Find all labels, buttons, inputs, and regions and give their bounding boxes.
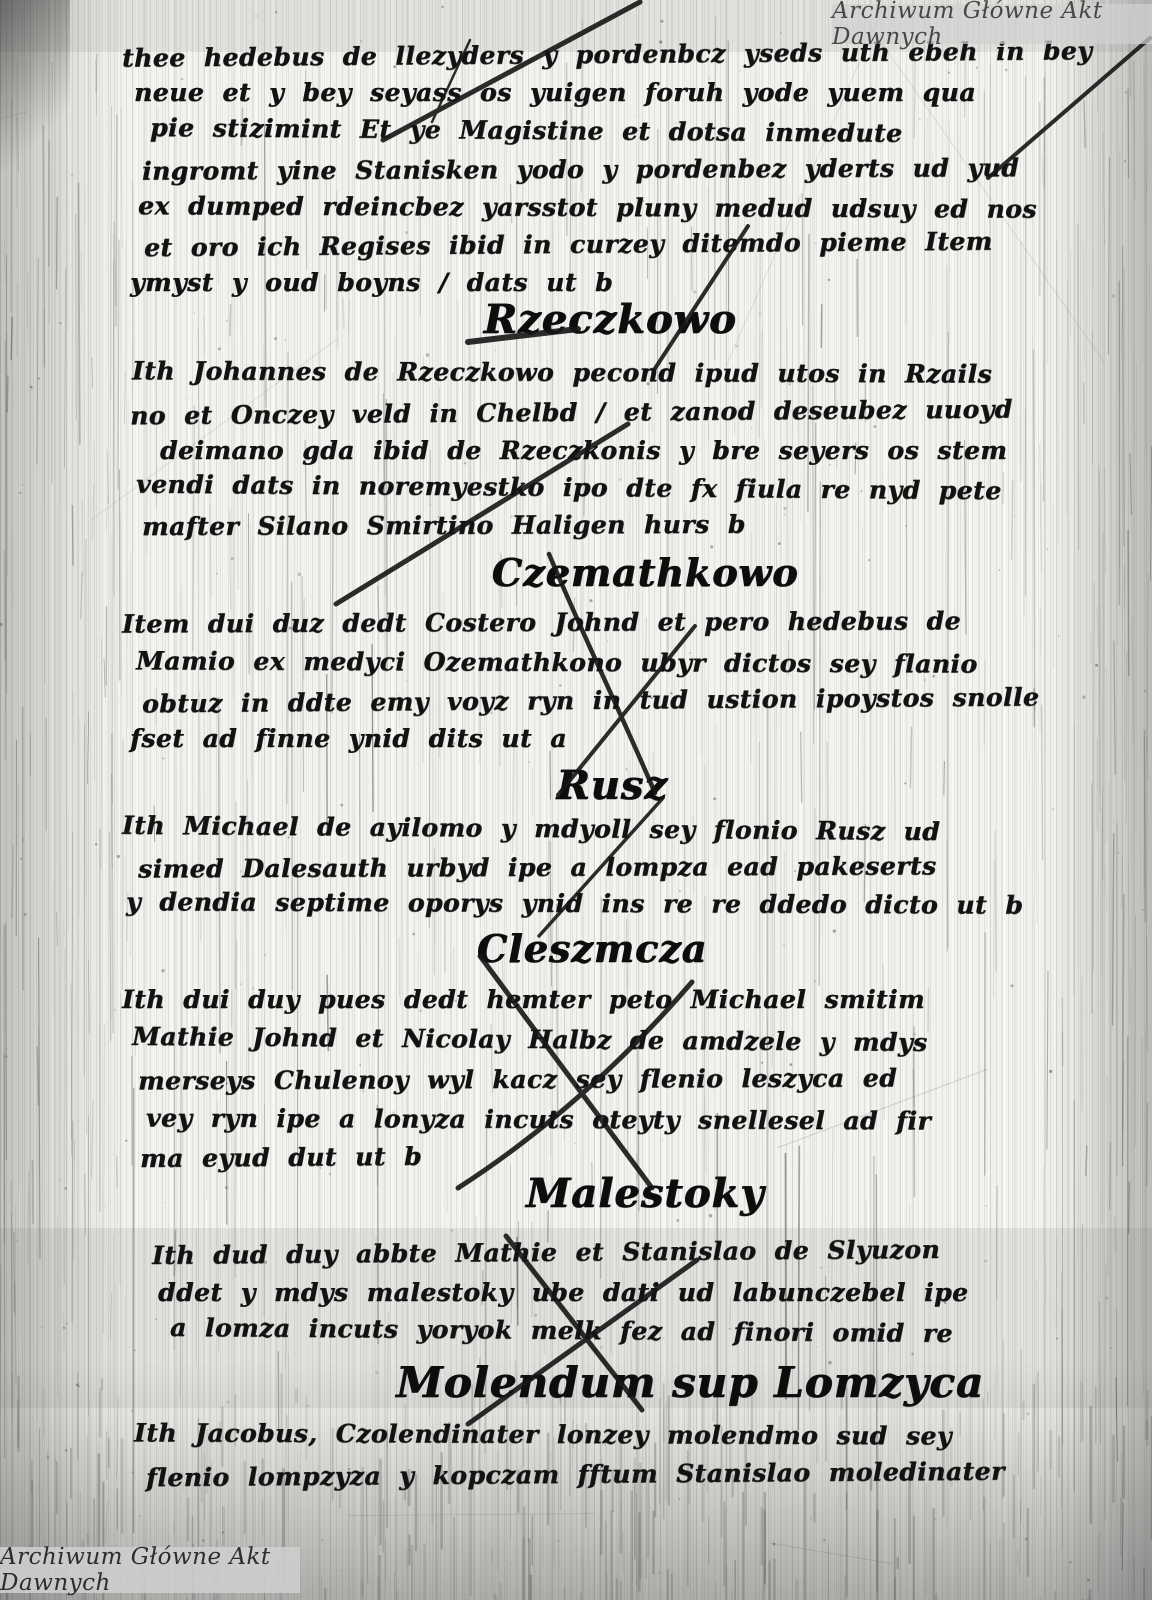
section-heading: Rusz — [556, 762, 668, 809]
section-heading: Malestoky — [526, 1170, 764, 1217]
manuscript-line: ymyst y oud boyns / dats ut b — [130, 268, 613, 298]
manuscript-page: thee hedebus de llezyders y pordenbcz ys… — [0, 0, 1152, 1600]
section-heading: Czemathkowo — [492, 550, 799, 595]
manuscript-line: Item dui duz dedt Costero Johnd et pero … — [122, 606, 961, 639]
archive-watermark-label: Archiwum Główne Akt Dawnych — [832, 0, 1152, 50]
manuscript-line: fset ad finne ynid dits ut a — [130, 724, 567, 754]
manuscript-line: et oro ich Regises ibid in curzey ditemd… — [144, 227, 993, 264]
manuscript-line: Mathie Johnd et Nicolay Halbz de amdzele… — [132, 1022, 928, 1058]
section-heading: Molendum sup Lomzyca — [396, 1358, 984, 1407]
manuscript-line: Ith Michael de ayilomo y mdyoll sey flon… — [122, 811, 940, 847]
manuscript-line: obtuz in ddte emy voyz ryn in tud ustion… — [142, 683, 1040, 720]
manuscript-line: neue et y bey seyass os yuigen foruh yod… — [134, 78, 976, 108]
manuscript-line: vendi dats in noremyestko ipo dte fx fiu… — [136, 470, 1002, 507]
manuscript-line: y dendia septime oporys ynid ins re re d… — [126, 887, 1023, 920]
manuscript-line: Ith Johannes de Rzeczkowo pecond ipud ut… — [132, 356, 992, 389]
manuscript-line: mafter Silano Smirtino Haligen hurs b — [142, 510, 746, 542]
manuscript-line: no et Onczey veld in Chelbd / et zanod d… — [130, 395, 1013, 432]
manuscript-line: deimano gda ibid de Rzeczkonis y bre sey… — [160, 436, 1007, 466]
manuscript-line: ddet y mdys malestoky ube dati ud labunc… — [158, 1278, 968, 1308]
section-heading: Cleszmcza — [477, 926, 707, 971]
manuscript-line: vey ryn ipe a lonyza incuts oteyty snell… — [146, 1103, 931, 1136]
manuscript-line: merseys Chulenoy wyl kacz sey flenio les… — [138, 1064, 897, 1097]
corner-shading — [0, 0, 70, 170]
right-edge-shading — [1042, 0, 1152, 1600]
manuscript-line: simed Dalesauth urbyd ipe a lompza ead p… — [138, 851, 937, 884]
archive-watermark-label: Archiwum Główne Akt Dawnych — [0, 1544, 300, 1596]
manuscript-line: Ith dui duy pues dedt hemter peto Michae… — [122, 985, 925, 1015]
manuscript-line: flenio lompzyza y kopczam fftum Stanisla… — [146, 1457, 1005, 1494]
section-heading: Rzeczkowo — [484, 296, 737, 343]
archive-watermark-bottom: Archiwum Główne Akt Dawnych — [0, 1547, 300, 1593]
manuscript-line: Ith Jacobus, Czolendinater lonzey molend… — [134, 1418, 952, 1451]
manuscript-line: pie stizimint Et ye Magistine et dotsa i… — [150, 113, 903, 149]
manuscript-line: ma eyud dut ut b — [140, 1142, 422, 1174]
manuscript-line: ingromt yine Stanisken yodo y pordenbez … — [142, 153, 1019, 186]
manuscript-line: Ith dud duy abbte Mathie et Stanislao de… — [152, 1235, 940, 1271]
manuscript-line: Mamio ex medyci Ozemathkono ubyr dictos … — [136, 646, 978, 679]
manuscript-line: a lomza incuts yoryok melk fez ad finori… — [170, 1313, 953, 1349]
left-edge-shading — [0, 0, 125, 1600]
archive-watermark-top: Archiwum Główne Akt Dawnych — [832, 4, 1152, 44]
manuscript-line: ex dumped rdeincbez yarsstot pluny medud… — [138, 191, 1037, 224]
